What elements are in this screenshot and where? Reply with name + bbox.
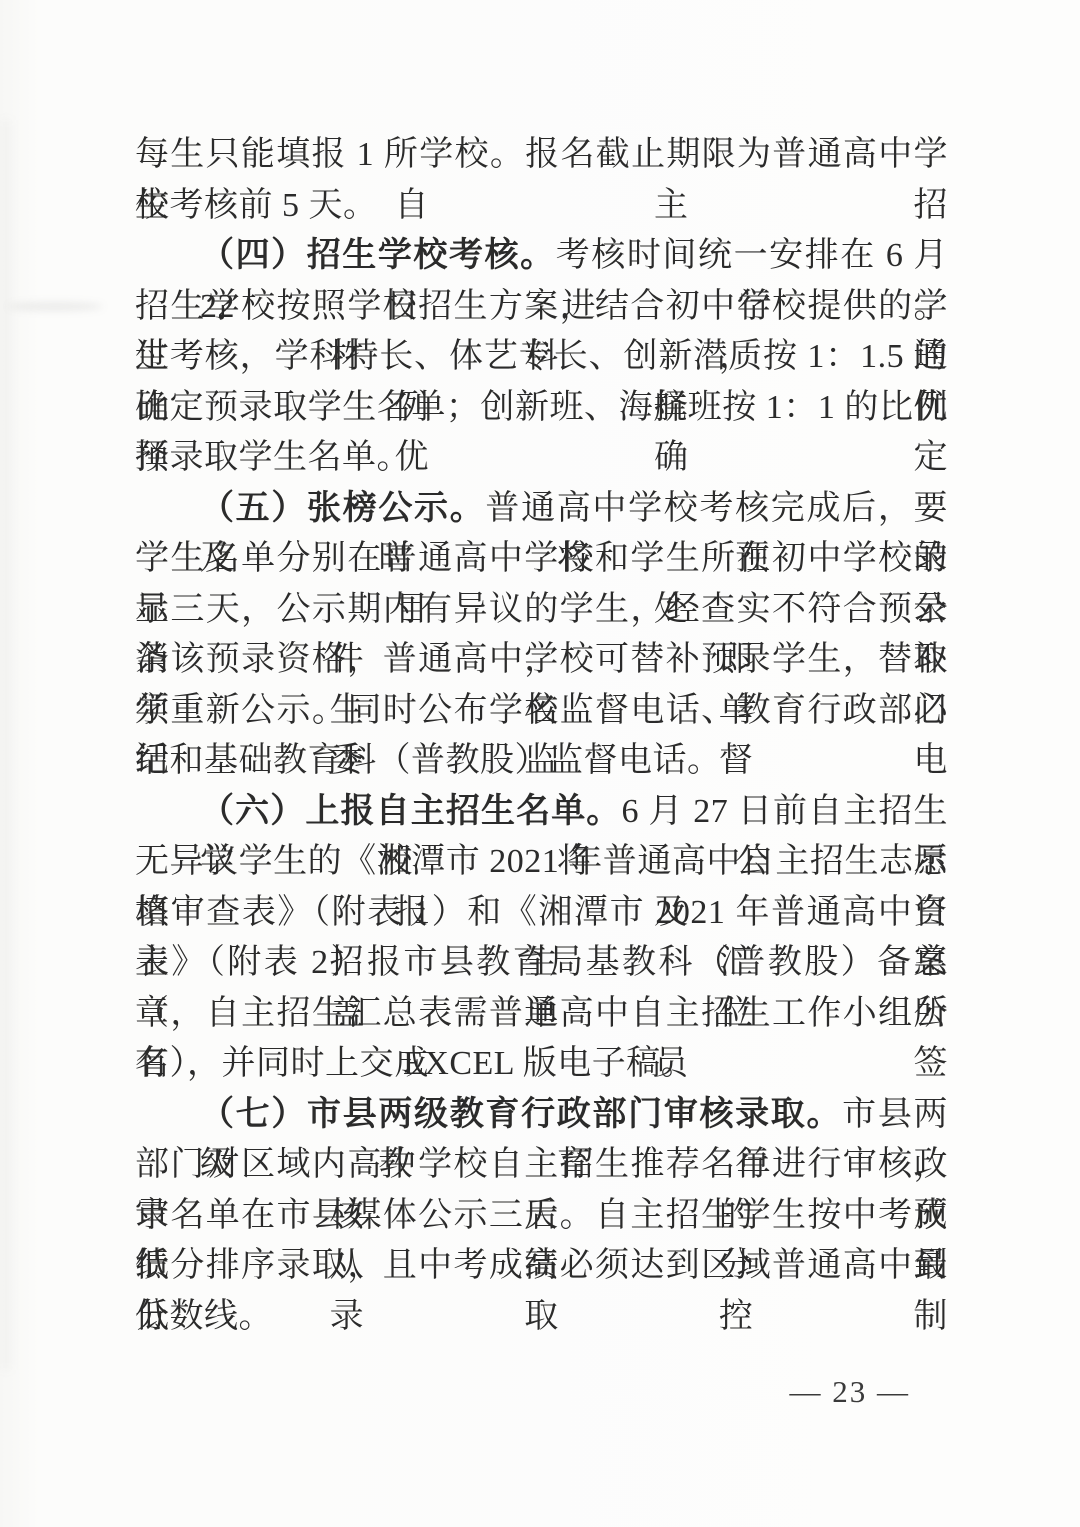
line-bold-segment: （五）张榜公示。 (200, 490, 485, 527)
text-line: 过考核，学科特长、体艺专长、创新潜质按 1：1.5 的比例择优 (135, 332, 948, 383)
text-line: 每生只能填报 1 所学校。报名截止期限为普通高中学校自主招 (135, 130, 948, 181)
text-line: 格审查表》（附表 1）和《湘潭市 2021 年普通高中自主招生汇总 (135, 888, 948, 939)
text-line: 部门对区域内高中学校自主招生推荐名单进行审核，审核后的预 (135, 1140, 948, 1191)
scan-artifact (8, 302, 103, 311)
text-line: 无异议学生的《湘潭市 2021 年普通高中自主招生志愿填报及资 (135, 837, 948, 888)
document-body: 每生只能填报 1 所学校。报名截止期限为普通高中学校自主招生考核前 5 天。（四… (135, 130, 948, 1342)
document-page: 每生只能填报 1 所学校。报名截止期限为普通高中学校自主招生考核前 5 天。（四… (0, 0, 1080, 1527)
text-line: （六）上报自主招生名单。6 月 27 日前自主招生学校将公示 (135, 787, 948, 838)
line-text-segment: 预录取学生名单。 (135, 439, 411, 476)
text-line: 学生名单分别在普通高中学校和学生所在初中学校的显目处公 (135, 534, 948, 585)
text-line: （五）张榜公示。普通高中学校考核完成后，要及时将预录 (135, 484, 948, 535)
line-bold-segment: （四）招生学校考核。 (200, 237, 556, 274)
text-line: 确定预录取学生名单；创新班、海航班按 1：1 的比例择优确定 (135, 383, 948, 434)
line-text-segment: 话和基础教育科（普教股）监督电话。 (135, 742, 722, 779)
line-text-segment: 生考核前 5 天。 (135, 187, 378, 224)
text-line: 表》（附表 2）报市县教育局基教科（普教股）备案（盖单位公 (135, 938, 948, 989)
scan-artifact (2, 120, 10, 1370)
text-line: 章，自主招生汇总表需普通高中自主招生工作小组所有成员签 (135, 989, 948, 1040)
line-text-segment: 分数线。 (135, 1298, 273, 1335)
line-bold-segment: （六）上报自主招生名单。 (200, 793, 621, 830)
text-line: 示三天，公示期内有异议的学生，经查实不符合预录条件，即取 (135, 585, 948, 636)
text-line: 低分排序录取，且中考成绩必须达到区域普通高中最低录取控制 (135, 1241, 948, 1292)
page-number: — 23 — (790, 1374, 911, 1410)
text-line: （四）招生学校考核。考核时间统一安排在 6 月 22 日进行。 (135, 231, 948, 282)
text-line: 消该预录资格，普通高中学校可替补预录学生，替补学生名单必 (135, 635, 948, 686)
text-line: 录名单在市县媒体公示三天。自主招生学生按中考成绩从高分到 (135, 1191, 948, 1242)
text-line: （七）市县两级教育行政部门审核录取。市县两级教育行政 (135, 1090, 948, 1141)
text-line: 须重新公示。同时公布学校监督电话、教育行政部门纪委监督电 (135, 686, 948, 737)
line-bold-segment: （七）市县两级教育行政部门审核录取。 (200, 1096, 842, 1133)
text-line: 招生学校按照学校招生方案，结合初中学校提供的学生材料，通 (135, 282, 948, 333)
line-text-segment: 名），并同时上交 EXCEL 版电子稿。 (135, 1045, 695, 1082)
